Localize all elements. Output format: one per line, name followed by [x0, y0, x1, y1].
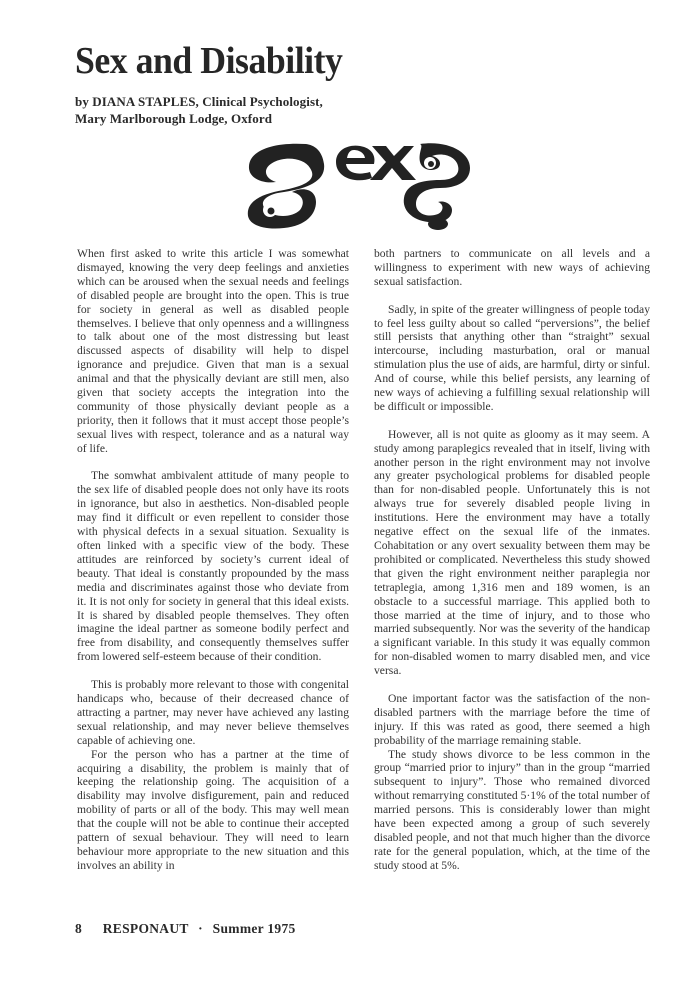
paragraph: This is probably more relevant to those … — [77, 678, 349, 748]
page-footer: 8 RESPONAUT · Summer 1975 — [75, 921, 296, 937]
byline: by DIANA STAPLES, Clinical Psychologist,… — [75, 93, 323, 127]
sex-question-logo-icon: sex? — [244, 138, 474, 230]
left-column: When first asked to write this article I… — [77, 247, 349, 873]
paragraph: The somwhat ambivalent attitude of many … — [77, 469, 349, 664]
page-number: 8 — [75, 921, 82, 936]
separator: · — [198, 921, 203, 936]
byline-author: by DIANA STAPLES, Clinical Psychologist, — [75, 93, 323, 110]
paragraph: both partners to communicate on all leve… — [374, 247, 650, 289]
paragraph: However, all is not quite as gloomy as i… — [374, 428, 650, 678]
issue-date: Summer 1975 — [213, 921, 296, 936]
magazine-page: Sex and Disability by DIANA STAPLES, Cli… — [0, 0, 690, 983]
paragraph: For the person who has a partner at the … — [77, 748, 349, 873]
paragraph: One important factor was the satisfactio… — [374, 692, 650, 748]
publication-name: RESPONAUT — [103, 921, 189, 936]
byline-affiliation: Mary Marlborough Lodge, Oxford — [75, 110, 323, 127]
right-column: both partners to communicate on all leve… — [374, 247, 650, 873]
paragraph: Sadly, in spite of the greater willingne… — [374, 303, 650, 414]
paragraph: When first asked to write this article I… — [77, 247, 349, 456]
paragraph: The study shows divorce to be less commo… — [374, 748, 650, 873]
article-title: Sex and Disability — [75, 42, 342, 80]
